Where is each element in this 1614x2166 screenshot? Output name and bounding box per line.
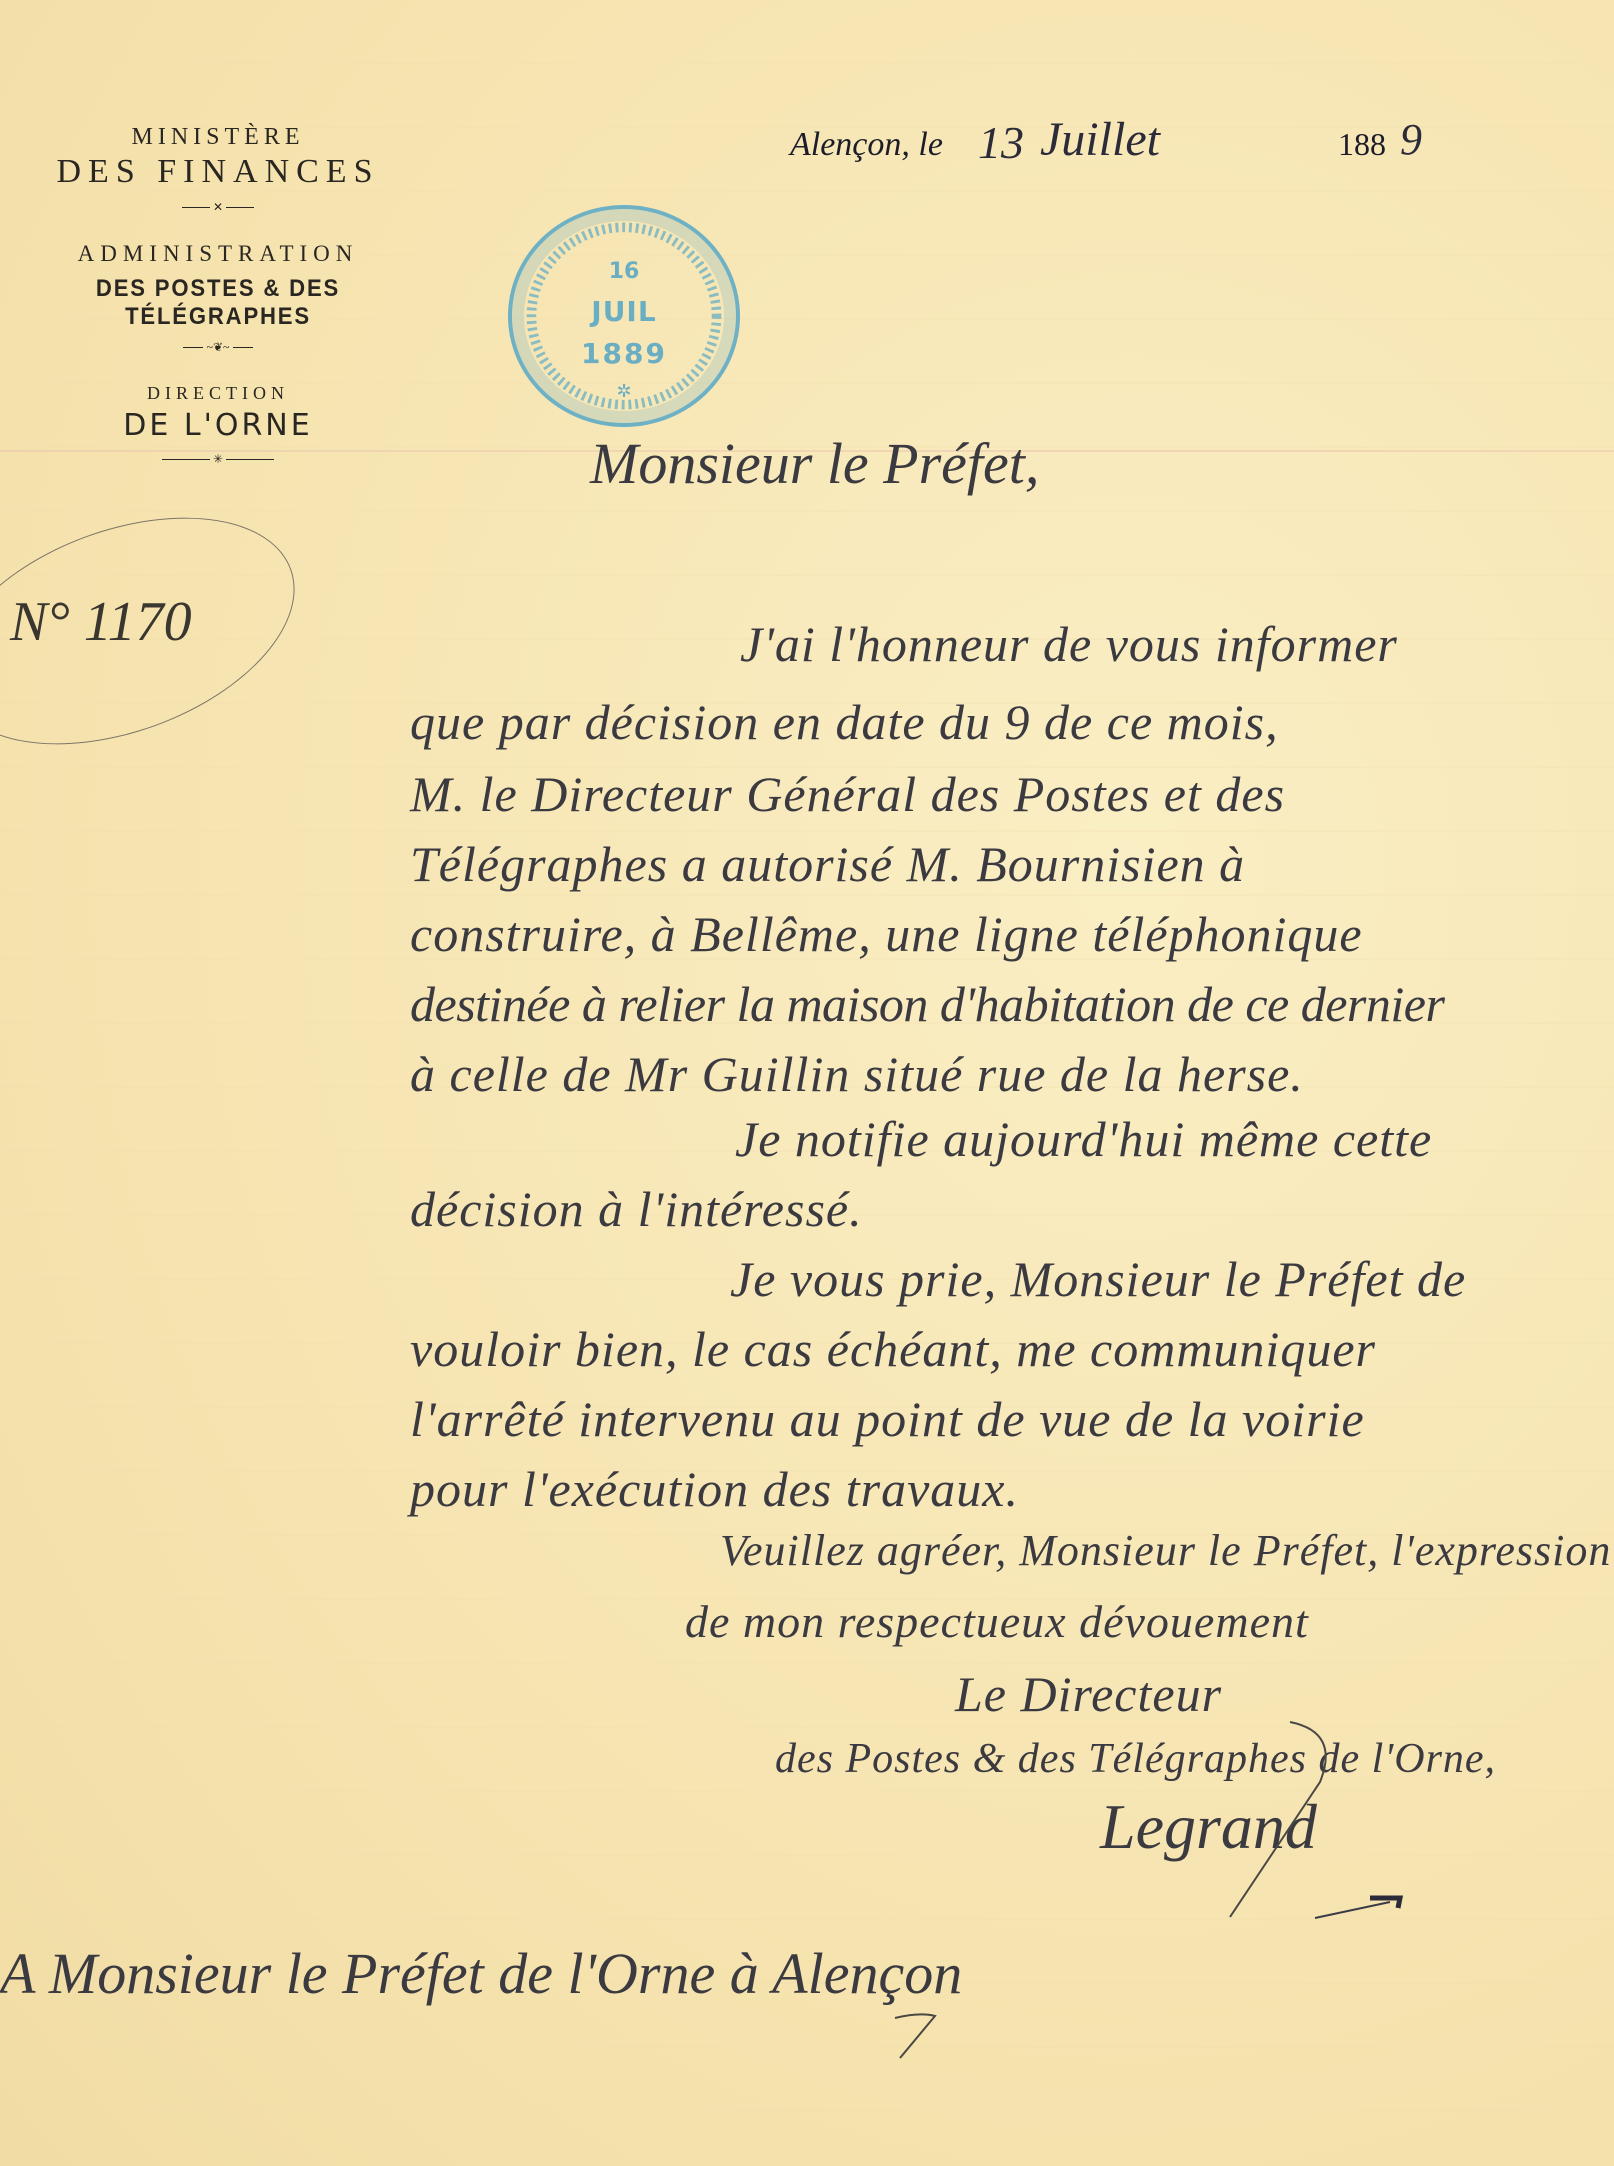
body-line: destinée à relier la maison d'habitation… xyxy=(410,975,1444,1033)
stamp-year: 1889 xyxy=(512,337,736,370)
letterhead-ministere: MINISTÈRE xyxy=(0,124,436,151)
dateline-month: Juillet xyxy=(1040,112,1160,167)
body-line: l'arrêté intervenu au point de vue de la… xyxy=(410,1390,1365,1448)
body-line: pour l'exécution des travaux. xyxy=(410,1460,1019,1518)
salutation: Monsieur le Préfet, xyxy=(590,430,1039,497)
body-line: construire, à Bellême, une ligne télépho… xyxy=(410,905,1363,963)
dateline-year-printed: 188 xyxy=(1338,126,1386,163)
body-line: Je notifie aujourd'hui même cette xyxy=(735,1110,1432,1168)
address-flourish-icon xyxy=(890,2010,950,2060)
letterhead-administration: ADMINISTRATION xyxy=(0,241,436,267)
body-line: vouloir bien, le cas échéant, me communi… xyxy=(410,1320,1376,1378)
letterhead-postes: DES POSTES & DES TÉLÉGRAPHES xyxy=(17,275,418,331)
letterhead-orne: DE L'ORNE xyxy=(0,408,436,443)
received-stamp: 16 JUIL 1889 ✲ xyxy=(508,205,740,427)
stamp-day: 16 xyxy=(512,259,736,284)
recipient-address: A Monsieur le Préfet de l'Orne à Alençon xyxy=(0,1940,962,2007)
signatory-office: des Postes & des Télégraphes de l'Orne, xyxy=(775,1735,1496,1783)
ornament-divider-3: ✳ xyxy=(0,449,436,469)
ornament-divider-2: ~❦~ xyxy=(0,337,436,357)
closing-line: Veuillez agréer, Monsieur le Préfet, l'e… xyxy=(720,1525,1611,1576)
stamp-star-icon: ✲ xyxy=(512,381,736,402)
body-line: à celle de Mr Guillin situé rue de la he… xyxy=(410,1045,1304,1103)
letterhead-finances: DES FINANCES xyxy=(0,153,436,191)
stamp-month: JUIL xyxy=(512,295,736,328)
body-line: Je vous prie, Monsieur le Préfet de xyxy=(730,1250,1466,1308)
dateline-year-handwritten: 9 xyxy=(1400,114,1422,165)
letterhead: MINISTÈRE DES FINANCES ✕ ADMINISTRATION … xyxy=(0,118,436,469)
closing-line: de mon respectueux dévouement xyxy=(685,1595,1309,1648)
body-line: que par décision en date du 9 de ce mois… xyxy=(410,693,1279,751)
dateline-place: Alençon, le xyxy=(790,126,943,164)
reference-number: N° 1170 xyxy=(10,590,192,654)
ornament-divider-1: ✕ xyxy=(0,197,436,217)
body-line: J'ai l'honneur de vous informer xyxy=(740,615,1398,673)
letterhead-direction: DIRECTION xyxy=(0,383,436,404)
dateline-day: 13 xyxy=(978,116,1024,169)
body-line: décision à l'intéressé. xyxy=(410,1180,863,1238)
body-line: M. le Directeur Général des Postes et de… xyxy=(410,765,1285,823)
ink-mark-icon xyxy=(1310,1890,1420,1920)
body-line: Télégraphes a autorisé M. Bournisien à xyxy=(410,835,1245,893)
